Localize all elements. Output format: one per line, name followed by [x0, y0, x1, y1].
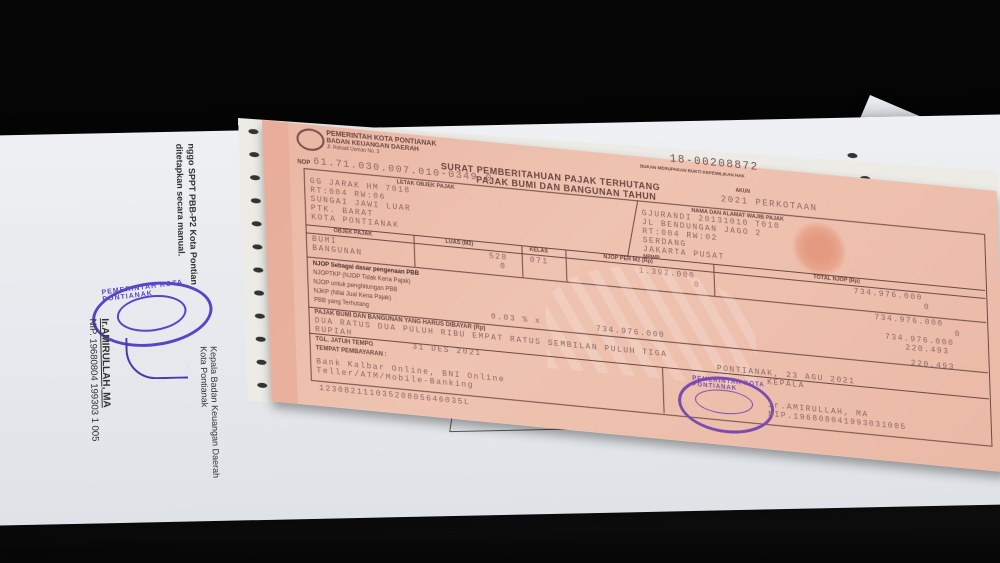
official-stamp: PEMERINTAH KOTA PONTIANAK — [677, 372, 775, 438]
sprocket-hole — [255, 313, 265, 319]
sprocket-hole — [256, 336, 266, 342]
letter-signatory-city: Kota Pontianak — [198, 346, 209, 407]
letter-text-line: ditetapkan secara manual. — [174, 144, 186, 257]
sprocket-hole — [252, 221, 262, 227]
letter-stamp-text: PEMERINTAH KOTA PONTIANAK — [101, 276, 207, 303]
photo-scene: BADA KETERANGAN nggo SPPT PBB-P2 Kota Po… — [0, 0, 1000, 563]
letter-signature — [125, 337, 188, 380]
letter-signatory-name: Ir.AMIRULLAH, MA — [99, 318, 112, 408]
sprocket-hole — [254, 290, 264, 296]
sprocket-hole — [256, 359, 266, 365]
table-cell: 071 — [530, 256, 549, 267]
calc-value: 0 — [955, 330, 962, 340]
sprocket-hole — [253, 267, 263, 273]
table-cell: 528 — [489, 252, 508, 263]
sprocket-hole — [249, 152, 259, 158]
sprocket-hole — [250, 175, 260, 181]
letter-text-line: nggo SPPT PBB-P2 Kota Pontian — [186, 143, 199, 285]
nop-label: NOP — [297, 159, 310, 166]
sprocket-hole — [252, 244, 262, 250]
emblem-icon — [296, 127, 325, 152]
table-cell: 0 — [924, 303, 931, 313]
table-cell: 0 — [500, 262, 507, 272]
year-label: AKUN — [735, 188, 750, 195]
sprocket-hole — [257, 383, 267, 389]
sprocket-hole — [248, 129, 258, 135]
sprocket-hole — [251, 198, 261, 204]
letter-signatory-title: Kepala Badan Keuangan Daerah — [208, 346, 221, 478]
